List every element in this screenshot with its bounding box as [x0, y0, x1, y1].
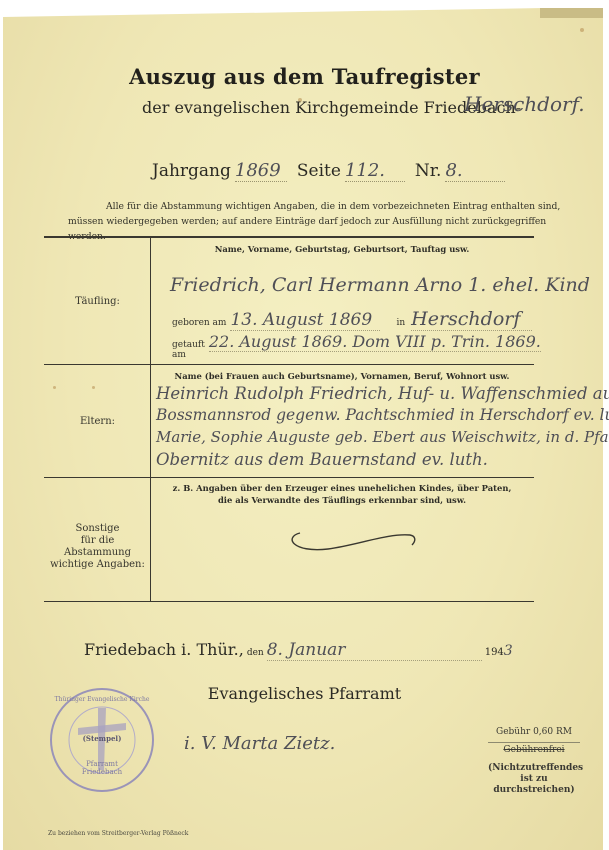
paper-fold-edge [540, 8, 603, 18]
seite-label: Seite [297, 161, 341, 181]
birth-place-value: Herschdorf [411, 308, 532, 331]
baptism-date-value: 22. August 1869. Dom VIII p. Trin. 1869. [209, 332, 541, 352]
document-title: Auszug aus dem Taufregister [0, 64, 609, 89]
taeufling-name: Friedrich, Carl Hermann Arno 1. ehel. Ki… [170, 274, 590, 296]
row-label-sonstige: Sonstige für die Abstammung wichtige Ang… [50, 523, 145, 571]
register-reference: Jahrgang 1869 Seite 112. Nr. 8. [152, 160, 515, 182]
eltern-column-header: Name (bei Frauen auch Geburtsname), Vorn… [150, 371, 534, 381]
getauft-label: getauft am [172, 340, 205, 360]
row-label-taeufling: Täufling: [50, 296, 145, 307]
signature: i. V. Marta Zietz. [184, 733, 335, 754]
sonstige-header-line-2: die als Verwandte des Täuflings erkennba… [150, 495, 534, 505]
table-top-rule [44, 236, 534, 238]
table-bottom-rule [44, 601, 534, 602]
birth-line: geboren am 13. August 1869 in Herschdorf [172, 308, 532, 331]
stain [53, 386, 56, 389]
birth-date-value: 13. August 1869 [230, 310, 380, 331]
table-column-divider [150, 238, 151, 601]
jahrgang-label: Jahrgang [152, 161, 231, 181]
fee-amount: Gebühr 0,60 RM [496, 727, 572, 737]
fee-note: (Nichtzutreffendes ist zu durchstreichen… [488, 763, 580, 796]
taeufling-column-header: Name, Vorname, Geburtstag, Geburtsort, T… [150, 244, 534, 254]
parents-line-2: Bossmannsrod gegenw. Pachtschmied in Her… [156, 406, 609, 424]
place-label: Friedebach i. Thür., [84, 640, 244, 659]
year-suffix: 3 [504, 643, 513, 659]
stamp-ring-text: Thüringer Evangelische Kirche [52, 696, 152, 703]
year-prefix: 194 [485, 647, 504, 658]
row-label-eltern: Eltern: [50, 416, 145, 427]
issue-date-value: 8. Januar [267, 640, 482, 661]
sonstige-header-line-1: z. B. Angaben über den Erzeuger eines un… [150, 483, 534, 493]
in-label: in [396, 318, 405, 328]
geboren-label: geboren am [172, 318, 226, 328]
baptism-line: getauft am 22. August 1869. Dom VIII p. … [172, 332, 532, 360]
table-row-divider [44, 364, 534, 365]
parish-stamp: (Stempel) Thüringer Evangelische Kirche … [50, 688, 154, 792]
stain [580, 28, 584, 32]
parents-line-4: Obernitz aus dem Bauernstand ev. luth. [156, 450, 488, 469]
stamp-center-label: (Stempel) [52, 734, 152, 743]
jahrgang-value: 1869 [235, 160, 287, 182]
nr-label: Nr. [415, 161, 442, 181]
seite-value: 112. [345, 160, 405, 182]
place-date-line: Friedebach i. Thür., den 8. Januar 194 3 [84, 640, 513, 661]
den-label: den [247, 648, 264, 658]
table-row-divider [44, 477, 534, 478]
fee-box: Gebühr 0,60 RM Gebührenfrei (Nichtzutref… [488, 727, 580, 796]
stain [92, 386, 95, 389]
nr-value: 8. [445, 160, 505, 182]
publisher-footer: Zu beziehen vom Streitberger-Verlag Pößn… [48, 830, 188, 837]
parents-line-1: Heinrich Rudolph Friedrich, Huf- u. Waff… [156, 384, 609, 403]
parish-name-handwritten: Herschdorf. [464, 92, 585, 116]
stamp-bottom-text: Pfarramt Friedebach [67, 760, 137, 776]
flourish-icon [288, 527, 418, 557]
parents-line-3: Marie, Sophie Auguste geb. Ebert aus Wei… [156, 428, 609, 446]
fee-free-struck: Gebührenfrei [488, 742, 580, 755]
